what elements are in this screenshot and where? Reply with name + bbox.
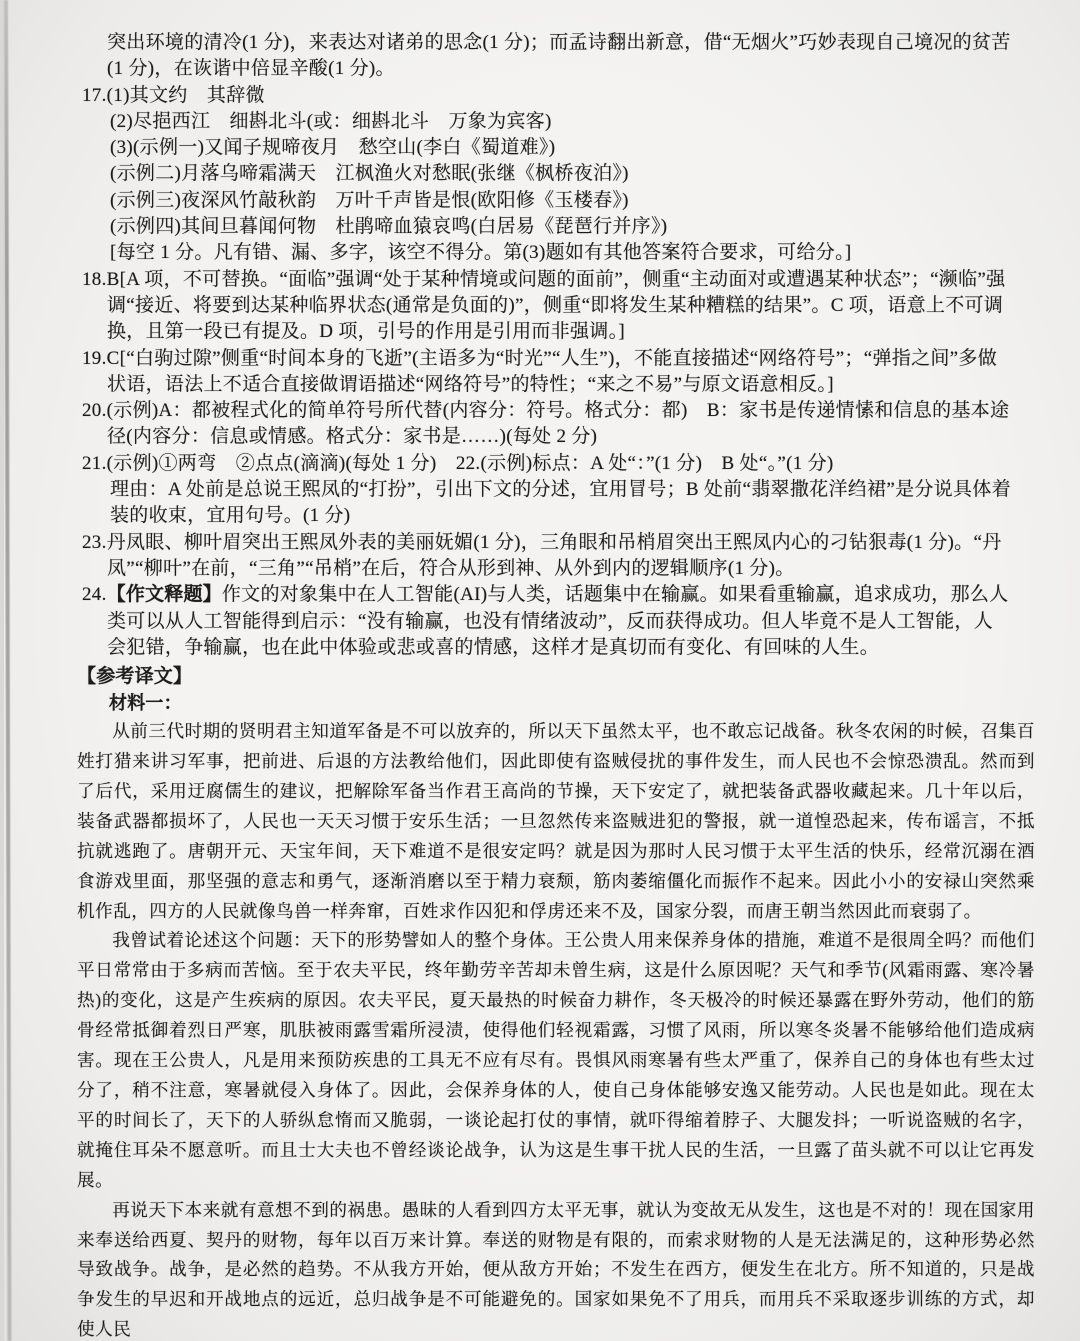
scan-left-margin xyxy=(0,0,4,1341)
answer-item: 23.丹凤眼、柳叶眉突出王熙凤外表的美丽妩媚(1 分)，三角眼和吊梢眉突出王熙凤… xyxy=(82,530,1012,583)
translation-section: 【参考译文】 材料一： 从前三代时期的贤明君主知道军备是不可以放弃的，所以天下虽… xyxy=(77,663,1035,1341)
answer-sub-line: (2)尽挹西江 细斟北斗(或：细斟北斗 万象为宾客) xyxy=(82,109,1012,135)
answers-section: 突出环境的清冷(1 分)，来表达对诸弟的思念(1 分)；而孟诗翻出新意，借“无烟… xyxy=(82,30,1012,661)
answer-item-body: 理由：A 处前是总说王熙凤的“打扮”，引出下文的分述，宜用冒号；B 处前“翡翠撒… xyxy=(82,477,1012,530)
answer-item: 20.(示例)A：都被程式化的简单符号所代替(内容分：符号。格式分：都) B：家… xyxy=(82,398,1012,451)
translation-paragraph: 从前三代时期的贤明君主知道军备是不可以放弃的，所以天下虽然太平，也不敢忘记战备。… xyxy=(77,717,1035,926)
answer-item: 24.【作文释题】作文的对象集中在人工智能(AI)与人类，话题集中在输赢。如果看… xyxy=(82,582,1012,661)
answer-item-first-line: 21.(示例)①两弯 ②点点(滴滴)(每处 1 分) 22.(示例)标点：A 处… xyxy=(82,451,1012,477)
scan-edge-line xyxy=(4,0,12,1341)
translation-paragraph: 再说天下本来就有意想不到的祸患。愚昧的人看到四方太平无事，就认为变故无从发生，这… xyxy=(77,1196,1035,1341)
answer-sub-line: (示例四)其间旦暮闻何物 杜鹃啼血猿哀鸣(白居易《琵琶行并序》) xyxy=(82,214,1012,240)
answer-number: 24. xyxy=(82,584,107,605)
answer-continuation-line: 突出环境的清冷(1 分)，来表达对诸弟的思念(1 分)；而孟诗翻出新意，借“无烟… xyxy=(82,30,1012,83)
material-one-label: 材料一： xyxy=(77,690,1035,717)
page-content: 突出环境的清冷(1 分)，来表达对诸弟的思念(1 分)；而孟诗翻出新意，借“无烟… xyxy=(82,30,1012,1341)
reference-translation-heading: 【参考译文】 xyxy=(77,663,1035,690)
answer-sub-line: (3)(示例一)又闻子规啼夜月 愁空山(李白《蜀道难》) xyxy=(82,135,1012,161)
answer-item: 19.C[“白驹过隙”侧重“时间本身的飞逝”(主语多为“时光”“人生”)，不能直… xyxy=(82,346,1012,399)
answer-item-first-line: 17.(1)其文约 其辞微 xyxy=(82,83,1012,109)
answer-text: 作文的对象集中在人工智能(AI)与人类，话题集中在输赢。如果看重输赢，追求成功，… xyxy=(107,584,1008,658)
answer-item: 18.B[A 项，不可替换。“面临”强调“处于某种情境或问题的面前”，侧重“主动… xyxy=(82,267,1012,346)
answer-sub-line: (示例二)月落乌啼霜满天 江枫渔火对愁眠(张继《枫桥夜泊》) xyxy=(82,161,1012,187)
translation-paragraph: 我曾试着论述这个问题：天下的形势譬如人的整个身体。王公贵人用来保养身体的措施，难… xyxy=(77,926,1035,1195)
scanned-answer-key-page: 突出环境的清冷(1 分)，来表达对诸弟的思念(1 分)；而孟诗翻出新意，借“无烟… xyxy=(0,0,1080,1341)
essay-topic-label: 【作文释题】 xyxy=(107,584,222,605)
translation-paragraphs: 从前三代时期的贤明君主知道军备是不可以放弃的，所以天下虽然太平，也不敢忘记战备。… xyxy=(77,717,1035,1341)
answer-sub-line: (示例三)夜深风竹敲秋韵 万叶千声皆是恨(欧阳修《玉楼春》) xyxy=(82,188,1012,214)
answer-sub-line: [每空 1 分。凡有错、漏、多字，该空不得分。第(3)题如有其他答案符合要求，可… xyxy=(82,240,1012,266)
